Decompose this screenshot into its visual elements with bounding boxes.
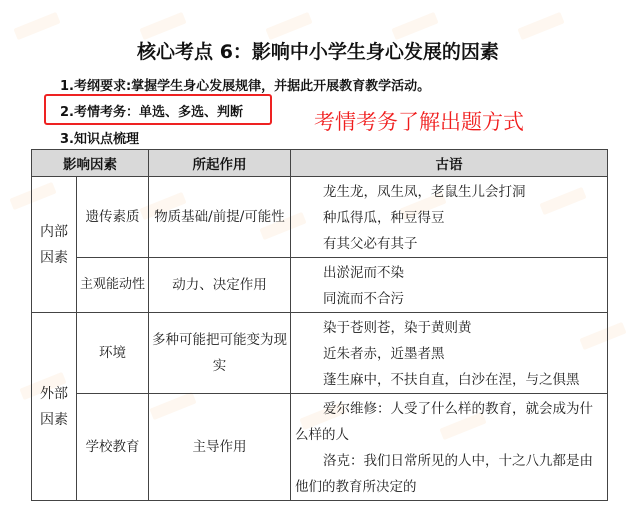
saying: 种瓜得瓜，种豆得豆 — [295, 205, 603, 231]
saying: 出淤泥而不染 — [295, 260, 603, 286]
category-label: 内部因素 — [39, 219, 69, 271]
title-suffix: ：影响中小学生身心发展的因素 — [233, 41, 499, 63]
saying: 近朱者赤，近墨者黑 — [295, 341, 603, 367]
title-number: 6 — [220, 41, 233, 63]
factor-cell: 主观能动性 — [77, 258, 149, 313]
saying: 爱尔维修：人受了什么样的教育，就会成为什么样的人 — [295, 396, 603, 448]
saying: 洛克：我们日常所见的人中，十之八九都是由他们的教育所决定的 — [295, 448, 603, 500]
table-header-row: 影响因素 所起作用 古语 — [32, 150, 608, 177]
header-sayings: 古语 — [291, 150, 608, 177]
title-prefix: 核心考点 — [137, 41, 213, 63]
factor-cell: 学校教育 — [77, 394, 149, 501]
category-label: 外部因素 — [39, 381, 69, 433]
category-cell: 外部因素 — [32, 313, 77, 501]
item-knowledge-outline: 3.知识点梳理 — [60, 128, 139, 147]
table-row: 外部因素 环境 多种可能把可能变为现实 染于苍则苍，染于黄则黄 近朱者赤，近墨者… — [32, 313, 608, 394]
factor-cell: 遗传素质 — [77, 177, 149, 258]
category-cell: 内部因素 — [32, 177, 77, 313]
highlight-box — [44, 94, 272, 125]
annotation-text: 考情考务了解出题方式 — [314, 106, 524, 136]
factor-cell: 环境 — [77, 313, 149, 394]
role-cell: 多种可能把可能变为现实 — [149, 313, 291, 394]
role-cell: 主导作用 — [149, 394, 291, 501]
table-row: 内部因素 遗传素质 物质基础/前提/可能性 龙生龙，凤生凤，老鼠生儿会打洞 种瓜… — [32, 177, 608, 258]
table-row: 主观能动性 动力、决定作用 出淤泥而不染 同流而不合污 — [32, 258, 608, 313]
header-factor: 影响因素 — [32, 150, 149, 177]
sayings-cell: 染于苍则苍，染于黄则黄 近朱者赤，近墨者黑 蓬生麻中，不扶自直，白沙在涅，与之俱… — [291, 313, 608, 394]
header-role: 所起作用 — [149, 150, 291, 177]
factors-table: 影响因素 所起作用 古语 内部因素 遗传素质 物质基础/前提/可能性 龙生龙，凤… — [31, 149, 608, 501]
role-cell: 物质基础/前提/可能性 — [149, 177, 291, 258]
saying: 同流而不合污 — [295, 286, 603, 312]
page-title: 核心考点 6：影响中小学生身心发展的因素 — [0, 37, 636, 64]
table-row: 学校教育 主导作用 爱尔维修：人受了什么样的教育，就会成为什么样的人 洛克：我们… — [32, 394, 608, 501]
saying: 蓬生麻中，不扶自直，白沙在涅，与之俱黑 — [295, 367, 603, 393]
saying: 有其父必有其子 — [295, 231, 603, 257]
sayings-cell: 龙生龙，凤生凤，老鼠生儿会打洞 种瓜得瓜，种豆得豆 有其父必有其子 — [291, 177, 608, 258]
item-exam-requirement: 1.考纲要求:掌握学生身心发展规律，并据此开展教育教学活动。 — [60, 75, 430, 94]
role-cell: 动力、决定作用 — [149, 258, 291, 313]
sayings-cell: 爱尔维修：人受了什么样的教育，就会成为什么样的人 洛克：我们日常所见的人中，十之… — [291, 394, 608, 501]
saying: 龙生龙，凤生凤，老鼠生儿会打洞 — [295, 179, 603, 205]
saying: 染于苍则苍，染于黄则黄 — [295, 315, 603, 341]
sayings-cell: 出淤泥而不染 同流而不合污 — [291, 258, 608, 313]
